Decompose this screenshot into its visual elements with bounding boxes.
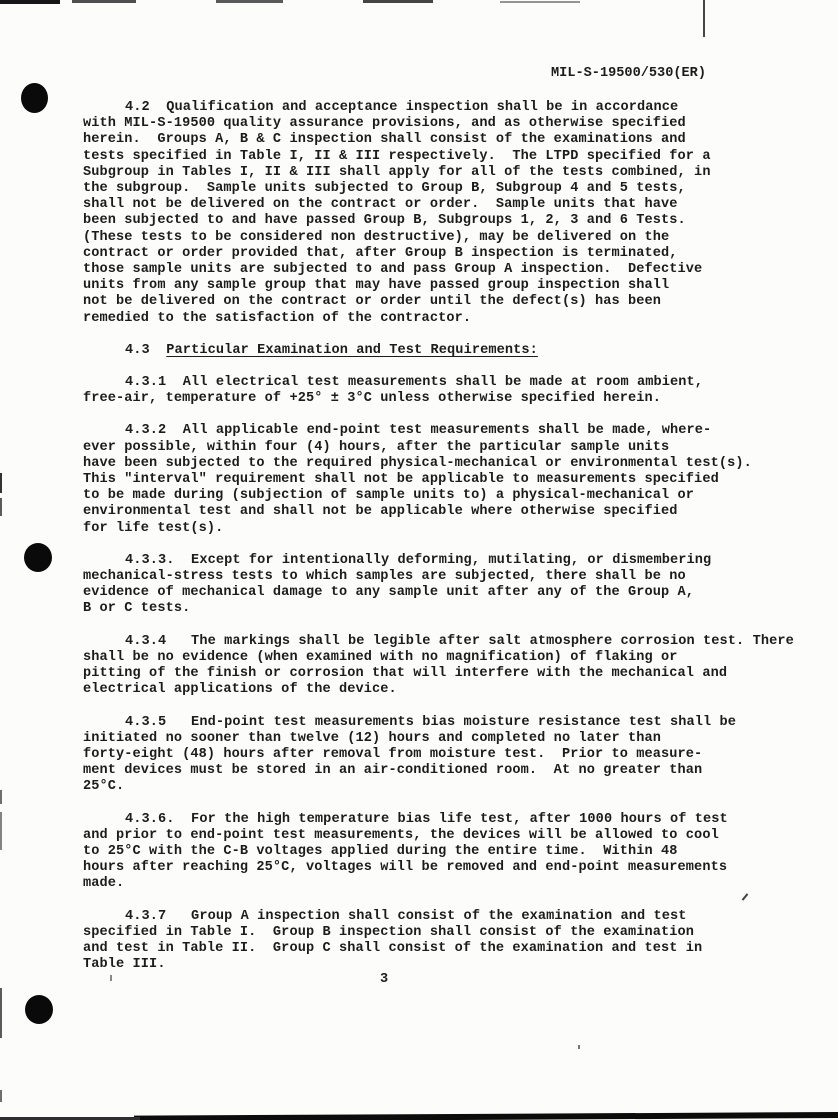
text-line: 4.3.1 All electrical test measurements s… [83, 375, 783, 391]
text-line: specified in Table I. Group B inspection… [83, 925, 783, 941]
para-4-2: 4.2 Qualification and acceptance inspect… [83, 100, 783, 327]
text-line: been subjected to and have passed Group … [83, 213, 783, 229]
text-line: units from any sample group that may hav… [83, 278, 783, 294]
scan-artifact-left-edge [0, 498, 2, 516]
text-line: 4.3.7 Group A inspection shall consist o… [83, 909, 783, 925]
para-4-3-5: 4.3.5 End-point test measurements bias m… [83, 715, 783, 796]
text-line: for life test(s). [83, 521, 783, 537]
scan-artifact-top-edge [216, 0, 283, 3]
text-line: 4.3.2 All applicable end-point test meas… [83, 423, 783, 439]
text-line: free-air, temperature of +25° ± 3°C unle… [83, 391, 783, 407]
scan-artifact-top-edge [500, 1, 580, 3]
scanned-document-page: MIL-S-19500/530(ER) 4.2 Qualification an… [0, 0, 838, 1120]
text-line: shall not be delivered on the contract o… [83, 197, 783, 213]
text-line: tests specified in Table I, II & III res… [83, 149, 783, 165]
para-4-3-3: 4.3.3. Except for intentionally deformin… [83, 553, 783, 618]
punch-hole [25, 995, 53, 1024]
para-4-3-4: 4.3.4 The markings shall be legible afte… [83, 634, 783, 699]
text-line: 4.3 Particular Examination and Test Requ… [83, 343, 783, 359]
text-line: forty-eight (48) hours after removal fro… [83, 747, 783, 763]
text-line: 4.3.6. For the high temperature bias lif… [83, 812, 783, 828]
text-line: Subgroup in Tables I, II & III shall app… [83, 165, 783, 181]
scan-artifact-top-edge [72, 0, 136, 3]
text-line: shall be no evidence (when examined with… [83, 650, 783, 666]
heading-4-3: 4.3 Particular Examination and Test Requ… [83, 343, 783, 359]
text-line: made. [83, 876, 783, 892]
punch-hole [21, 83, 48, 113]
text-line: environmental test and shall not be appl… [83, 504, 783, 520]
text-line: remedied to the satisfaction of the cont… [83, 311, 783, 327]
para-4-3-1: 4.3.1 All electrical test measurements s… [83, 375, 783, 407]
scan-artifact-speck [110, 975, 112, 981]
text-line: to be made during (subjection of sample … [83, 488, 783, 504]
scan-artifact-top-edge [0, 0, 60, 4]
scan-artifact-left-edge [0, 988, 2, 1038]
scan-artifact-bottom-edge [134, 1112, 838, 1120]
text-line: 4.3.3. Except for intentionally deformin… [83, 553, 783, 569]
text-line: 4.3.5 End-point test measurements bias m… [83, 715, 783, 731]
scan-artifact-left-edge [0, 473, 2, 493]
text-line: hours after reaching 25°C, voltages will… [83, 860, 783, 876]
scan-artifact-left-edge [0, 790, 2, 804]
text-line: those sample units are subjected to and … [83, 262, 783, 278]
punch-hole [24, 543, 52, 572]
scan-artifact-page-corner [703, 0, 705, 37]
text-line: not be delivered on the contract or orde… [83, 294, 783, 310]
text-line: initiated no sooner than twelve (12) hou… [83, 731, 783, 747]
text-line: ever possible, within four (4) hours, af… [83, 440, 783, 456]
text-line: and prior to end-point test measurements… [83, 828, 783, 844]
text-line: ment devices must be stored in an air-co… [83, 763, 783, 779]
heading-number: 4.3 [125, 343, 166, 358]
text-line: 4.2 Qualification and acceptance inspect… [83, 100, 783, 116]
para-4-3-6: 4.3.6. For the high temperature bias lif… [83, 812, 783, 893]
text-line: 25°C. [83, 779, 783, 795]
scan-artifact-left-edge [0, 812, 2, 850]
text-line: electrical applications of the device. [83, 682, 783, 698]
text-line: have been subjected to the required phys… [83, 456, 783, 472]
text-line: herein. Groups A, B & C inspection shall… [83, 132, 783, 148]
text-line: This "interval" requirement shall not be… [83, 472, 783, 488]
text-line: to 25°C with the C-B voltages applied du… [83, 844, 783, 860]
page-number: 3 [380, 972, 388, 987]
scan-artifact-speck [578, 1045, 580, 1049]
heading-title-underlined: Particular Examination and Test Requirem… [166, 343, 538, 358]
para-4-3-2: 4.3.2 All applicable end-point test meas… [83, 423, 783, 536]
text-line: with MIL-S-19500 quality assurance provi… [83, 116, 783, 132]
text-line: Table III. [83, 957, 783, 973]
text-line: the subgroup. Sample units subjected to … [83, 181, 783, 197]
scan-artifact-left-edge [0, 1090, 2, 1102]
text-line: (These tests to be considered non destru… [83, 230, 783, 246]
text-line: B or C tests. [83, 601, 783, 617]
text-line: 4.3.4 The markings shall be legible afte… [83, 634, 783, 650]
text-line: mechanical-stress tests to which samples… [83, 569, 783, 585]
document-id-header: MIL-S-19500/530(ER) [0, 66, 706, 82]
scan-artifact-top-edge [363, 0, 433, 3]
text-line: contract or order provided that, after G… [83, 246, 783, 262]
text-line: evidence of mechanical damage to any sam… [83, 585, 783, 601]
para-4-3-7: 4.3.7 Group A inspection shall consist o… [83, 909, 783, 974]
document-body: 4.2 Qualification and acceptance inspect… [83, 100, 783, 989]
text-line: pitting of the finish or corrosion that … [83, 666, 783, 682]
text-line: and test in Table II. Group C shall cons… [83, 941, 783, 957]
